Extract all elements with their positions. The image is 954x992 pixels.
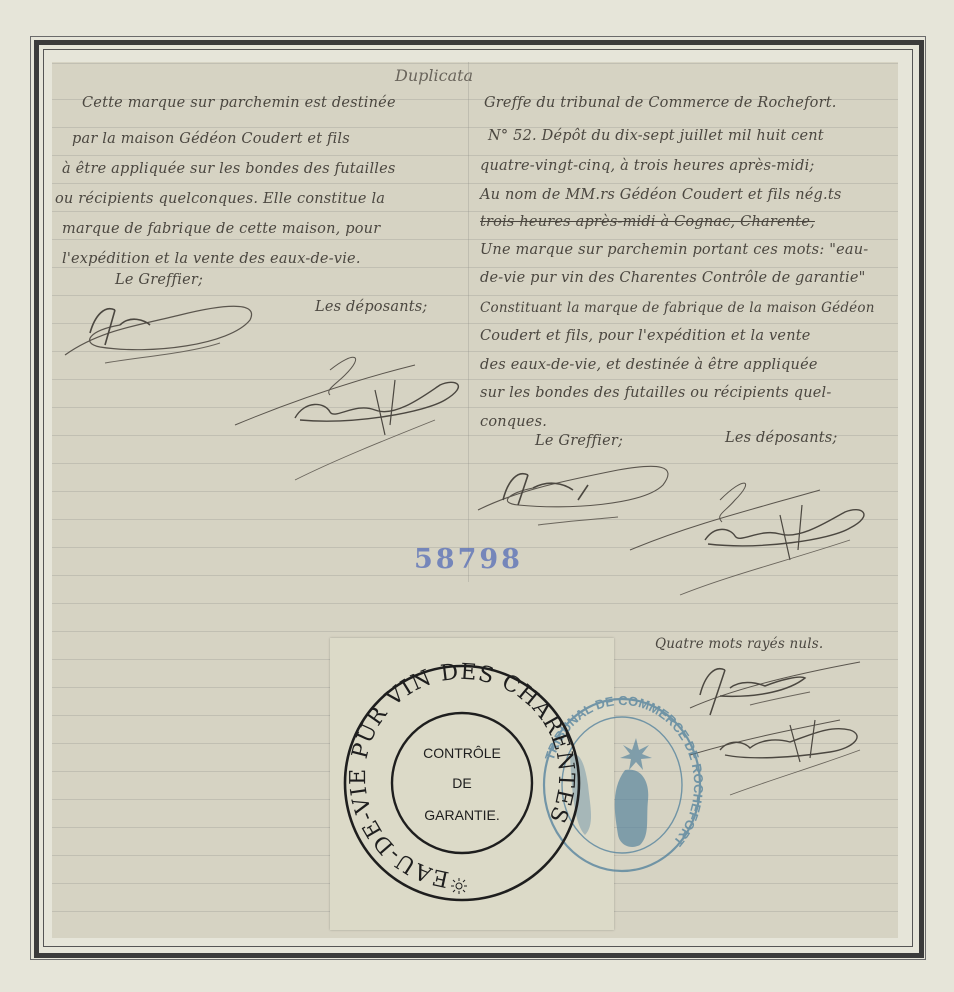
right-line: Greffe du tribunal de Commerce de Rochef… bbox=[484, 95, 837, 111]
registration-number-stamp: 58798 bbox=[414, 544, 523, 575]
left-line: l'expédition et la vente des eaux-de-vie… bbox=[62, 251, 361, 267]
left-line: à être appliquée sur les bondes des futa… bbox=[62, 161, 396, 177]
stamp-inner-line-3: GARANTIE. bbox=[424, 807, 499, 823]
sun-ornament-icon bbox=[451, 878, 467, 894]
column-divider bbox=[468, 62, 469, 582]
left-line: marque de fabrique de cette maison, pour bbox=[62, 221, 380, 237]
initials-signature-2 bbox=[690, 700, 890, 804]
right-line: Au nom de MM.rs Gédéon Coudert et fils n… bbox=[480, 187, 842, 203]
right-line: Une marque sur parchemin portant ces mot… bbox=[480, 242, 868, 258]
controle-garantie-stamp: EAU-DE-VIE PUR VIN DES CHARENTES CONTRÔL… bbox=[342, 660, 582, 914]
right-line: Coudert et fils, pour l'expédition et la… bbox=[480, 328, 811, 344]
stamp-inner-line-1: CONTRÔLE bbox=[423, 745, 501, 761]
right-line: conques. bbox=[480, 414, 547, 430]
left-line: par la maison Gédéon Coudert et fils bbox=[72, 131, 350, 147]
right-line: quatre-vingt-cinq, à trois heures après-… bbox=[480, 158, 815, 174]
left-line: ou récipients quelconques. Elle constitu… bbox=[55, 191, 385, 207]
stamp-inner-line-2: DE bbox=[452, 775, 471, 791]
right-line: N° 52. Dépôt du dix-sept juillet mil hui… bbox=[488, 128, 824, 144]
right-line: de-vie pur vin des Charentes Contrôle de… bbox=[480, 270, 866, 286]
deposants-label-left: Les déposants; bbox=[315, 299, 428, 315]
greffier-label-right: Le Greffier; bbox=[535, 433, 623, 449]
left-line: Cette marque sur parchemin est destinée bbox=[82, 95, 396, 111]
right-line: Constituant la marque de fabrique de la … bbox=[480, 300, 875, 316]
document-title: Duplicata bbox=[395, 66, 473, 85]
deposants-label-right: Les déposants; bbox=[725, 430, 838, 446]
depositor-signature-left bbox=[235, 340, 475, 494]
right-line: des eaux-de-vie, et destinée à être appl… bbox=[480, 357, 818, 373]
depositor-signature-right bbox=[630, 470, 880, 604]
right-line: sur les bondes des futailles ou récipien… bbox=[480, 385, 832, 401]
right-line-struck: trois heures après-midi à Cognac, Charen… bbox=[480, 214, 815, 230]
